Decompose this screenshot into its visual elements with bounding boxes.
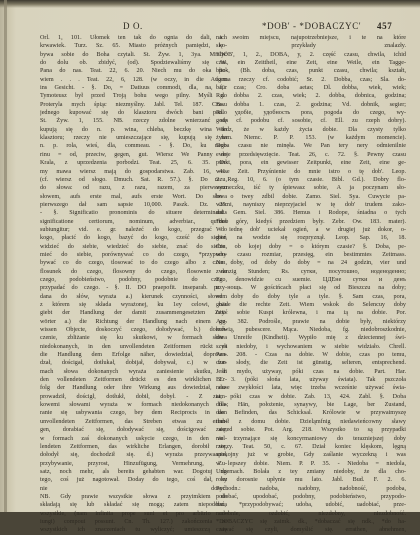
text-line: Arg. 382. Podrośle, prawie na dobie były… xyxy=(216,318,406,326)
text-line: flosunek do czego, flosowny do czego, fl… xyxy=(40,268,227,276)
text-line: ins Gesicht. - §. Do, = Datiuus commodi,… xyxy=(40,84,227,92)
text-line: dzał, dościgał, dotłukał, dobijał, dobyw… xyxy=(40,359,227,367)
text-line: żyłem. Niemc. P. P. 153. (w każdym momen… xyxy=(216,134,406,142)
text-line: Bs. dobba 1. czas, 2. godzina; Vd. dobni… xyxy=(216,101,406,109)
text-line: roby dorosnie upłynie mu lato. Jabl. Bud… xyxy=(216,476,406,484)
text-line: 2 Reg. 10, 6. (o tym czasie. Bibl. Gd.).… xyxy=(216,176,406,184)
text-line: nie trzymające się koncyrmaniowy do tera… xyxy=(216,435,406,443)
text-line: bywać co do czego, tlosować to do czego … xyxy=(40,259,227,267)
text-line: Krala, z uprzedzenia porbodzi. Teat. 25,… xyxy=(40,159,227,167)
text-line: od doby do doby tyle a tyle. §. Sam czas… xyxy=(216,293,406,301)
text-line: bo o twey zdbil dobie. Zamo. Siel. Sya. … xyxy=(216,193,406,201)
text-line: wiem . . . Teat. 22, 6, 128. (w oczy, in… xyxy=(40,76,227,84)
text-line: Rs. удобie, удобность pora, pogoda do cz… xyxy=(216,109,406,117)
text-line: lendeten Zeitformen, das wirkliche Erlan… xyxy=(40,443,227,451)
text-line: das Befinden, das Schicksal. Królowie w … xyxy=(216,409,406,417)
text-line: blick, (Bh. doba, czas, punkt czasu, chw… xyxy=(216,67,406,75)
text-line: bać, *przypodobywać; udoba, udobić, uado… xyxy=(216,501,406,509)
text-line: Proteryla mych śpiąc niezmyślny. Jabl. T… xyxy=(40,101,227,109)
text-line: krwawiek. Turz. Sz. 65. Miasto próżnych … xyxy=(40,42,227,50)
text-line: significatione certiorum, nominum, adver… xyxy=(40,218,227,226)
text-line: Tymoteusz był przed Troją bohu wego piln… xyxy=(40,92,227,100)
text-line: spokojny już w grobie, Gdy zaślanie wycz… xyxy=(216,451,406,459)
text-line: w formach zaś dokonanych uskycie czego, … xyxy=(40,435,227,443)
text-line: forma rzeczy cf. codobić; Sr. 2. Dobba, … xyxy=(216,76,406,84)
text-line: gnäde die rechte Zeit. Wiem wskok do Sel… xyxy=(216,301,406,309)
right-column: na swoim miejscu, najupotrzebniejsze, i … xyxy=(216,34,406,512)
text-line: Pochodn.: nadoba, nadobny, nadobność, po… xyxy=(216,485,406,493)
text-line: jednego kupować się do klasztoru dwóch b… xyxy=(40,109,227,117)
text-line: dal. Gem. Siel. 386. Hemus i Rodope, śni… xyxy=(216,209,406,217)
text-line: składają się lub składać się mogą; zatem… xyxy=(40,501,227,509)
text-line: bywa sobie do Boha czytali. St. Żyw. 1, … xyxy=(40,51,227,59)
text-line: wisse Zeit. Przyśnienie do mnie istro o … xyxy=(216,168,406,176)
text-line: B. 3. (póki słońa lata, używay świata). … xyxy=(216,376,406,384)
text-line: nie dosyć. xyxy=(40,485,227,493)
header-right-guidewords: *DOB' - *DOBACZYC' xyxy=(262,21,361,31)
text-line: wissen Objecte, doskoczyć czego, dołodyw… xyxy=(40,326,227,334)
text-line: pierwszego dał sam sapsie 10,000. Paszk.… xyxy=(40,201,227,209)
text-line: zwanzig Stunden; Rs. сутки, посутошно, н… xyxy=(216,268,406,276)
text-line: Pars. 208. - Czas na dobie. W dobie, cza… xyxy=(216,351,406,359)
text-line: subiungitur; vid. e. gr. należeć do kogo… xyxy=(40,226,227,234)
text-line: przybywanie, przyrost, Hinzufügung, Verm… xyxy=(40,460,227,468)
text-line: giebt der Handlung der damit zusammenges… xyxy=(40,309,227,317)
text-line: z którem się składa wyrażonej, ku 1ey ce… xyxy=(40,301,227,309)
text-line: niedokonanych, in den unvollendeten Zeit… xyxy=(40,343,227,351)
scanned-page: D O. *DOB' - *DOBACZYC' 457 Orl. 1, 101.… xyxy=(0,0,420,512)
text-line: kupują się do n. p. wina, chleba, beczkę… xyxy=(40,126,227,134)
running-header: D O. *DOB' - *DOBACZYC' 457 xyxy=(20,21,410,33)
text-line: и нощь. W gościńcach płaci się od Bieszc… xyxy=(216,284,406,292)
text-line: imbił z domu dobie. Dzieląmfnig niedawie… xyxy=(216,418,406,426)
text-line: *dob góry, kiedyś przedziem były. Zebr. … xyxy=(216,218,406,226)
text-line: unvollendeten Zeitformen, das Streben et… xyxy=(40,418,227,426)
text-line: St. Żyw. 1, 155. NB. rzeczy zdolne wnier… xyxy=(40,117,227,125)
text-line: wny czasu rozmiar, przesięg, ein bestimm… xyxy=(216,251,406,259)
header-left-guideword: D O. xyxy=(123,21,143,31)
text-line: ranie się usbywania czego, bey dem Recip… xyxy=(40,409,227,417)
text-line: do słowa: od razu, z razu, razem, za pie… xyxy=(40,184,227,192)
text-line: klasztoru; rzeczy nie umieszczające się,… xyxy=(40,134,227,142)
text-line: mieć do siebie, porównywać co do czego, … xyxy=(40,251,227,259)
text-line: Orl. 1, 101. Ułomek ten tak do ognia do … xyxy=(40,34,227,42)
text-line: przypadać do czego. - §. II. DO praepofi… xyxy=(40,284,227,292)
text-line: czas słody, die Zeit ist günstig, selter… xyxy=(216,359,406,367)
text-line: die Handlung dem Erfolge näher, dowiedzi… xyxy=(40,351,227,359)
text-line: wierni, nayniszy nieprzyjaciel w tę dob'… xyxy=(216,201,406,209)
text-line: prowadził, dościgł, dotłukł, dobił, doby… xyxy=(40,393,227,401)
text-line: użyć sobie Kuspi królewna, i ma ią na do… xyxy=(216,309,406,317)
text-line: Na doby, od doby do doby = na 24 godzin,… xyxy=(216,259,406,267)
text-line: folg der Handlung oder ihre Wirkung aus … xyxy=(40,384,227,392)
text-line: kowemi słowami wyraża w formach niedokon… xyxy=(40,401,227,409)
text-line: - §. Significatio pronominis do situere … xyxy=(40,209,227,217)
text-line: szyli niedoby, i wychowaniem w siebie wi… xyxy=(216,343,406,351)
text-line: die Unreife (Kindheit). Wypiło mię z dzi… xyxy=(216,334,406,342)
text-line: Pana do nas. Teat. 22, 6. 20. Niech mu d… xyxy=(40,67,227,75)
text-line: mówią, pubescere. Mąca. Niedoba, fg. nie… xyxy=(216,326,406,334)
text-line: w lepszey dobie. Niem. P. P. 35. - Niedo… xyxy=(216,460,406,468)
text-line: rzeczy. Teat. 50, c. 67. Dział koniec kl… xyxy=(216,443,406,451)
text-line: zaszed sobie. Pot. Arg. 218. Wszystko to… xyxy=(216,426,406,434)
text-line: W iednę dob' uciekał ogień, a w drugiej … xyxy=(216,226,406,234)
text-line: widzieć do siebie, wiedzieć do siebie, z… xyxy=(40,243,227,251)
text-line: gień na wodzie się rozpryznął. Leop. Sap… xyxy=(216,234,406,242)
text-line: goda cf. podobu cf. sosobie, cf. Ell. zu… xyxy=(216,117,406,125)
text-line: na swoim miejscu, najupotrzebniejsze, i … xyxy=(216,34,406,42)
text-line: nasze zwykłości lata, więc trzeba wcześn… xyxy=(216,384,406,392)
text-line: rinu = od, przeciw, gegen, gut. Wiersz W… xyxy=(40,151,227,159)
text-line: kogo, płacić do kogo, bazyć do kogo, cze… xyxy=(40,234,227,242)
text-line: (cf. wiersz od słogo. Dmuch. Sat. R. 57.… xyxy=(40,176,227,184)
text-line: tego, coś już nagotował. Doday do tego, … xyxy=(40,476,227,484)
text-line: podobać, upodobać, podobny, podobieństwo… xyxy=(216,493,406,501)
text-line: dołodył się, dochodził się. d.) wyraża p… xyxy=(40,451,227,459)
text-line: n. p. rola, wieś, dla, commeau. - §. Do,… xyxy=(40,142,227,150)
text-line: den vollendeten Zeitformen drückt es den… xyxy=(40,376,227,384)
text-line: my mawa wiersz mają do gospodarstwa. Zab… xyxy=(40,168,227,176)
text-line: słowem, aufs erste mal, aufs erste Wort.… xyxy=(40,193,227,201)
text-line: dola; Hän, położenie, synaywy, bie Lage,… xyxy=(216,401,406,409)
text-line: czas, ein Zeittheil, eine Zeit, eine Wei… xyxy=(216,59,406,67)
text-line: mach słowa dokonanych wyraża zaniesienie… xyxy=(40,368,227,376)
text-line: *DOB', 1, 2., DOBA, y, 2. część czasu, c… xyxy=(216,51,406,59)
text-line: Doba czasu nie minęła. We Pan tery nery … xyxy=(216,142,406,150)
text-line: Ungemach. Bolała z tey zmiany niedoby, ż… xyxy=(216,468,406,476)
text-line: Wiedz, że w każdy życia dobie. Dla czyst… xyxy=(216,126,406,134)
text-line: Ec. denowidzie cu suemie. ЦДЕне сутки и … xyxy=(216,276,406,284)
text-line: Rg. dobba 2. czas, wiek; 2. dobba, dobni… xyxy=(216,92,406,100)
text-line: ewoje przedsięwzięcie. Teat. 26, c. 72. … xyxy=(216,151,406,159)
text-line: Jeśli mydo, używay, póki czas na dobie. … xyxy=(216,368,406,376)
text-line: czego, podobieństwo, podobny, podobnie d… xyxy=(40,276,227,284)
text-line: wezneczku, iść ty śpiewasz sobie, A ja p… xyxy=(216,184,406,192)
text-line: wörter a.) die Richtung der Handlung nac… xyxy=(40,318,227,326)
text-line: satz, noch mehr, als bereits gehabten wa… xyxy=(40,468,227,476)
text-line: się przykłady znalazły. xyxy=(216,42,406,50)
text-line: dana do słów, wyraża a.) kierunek czynno… xyxy=(40,293,227,301)
text-line: gen, dorabiać się, dołodywać się, dościg… xyxy=(40,426,227,434)
text-line: do dolu ob. zbidyć, (od). Spodziewaliśmy… xyxy=(40,59,227,67)
text-line: NB. Gdy prawie wszystkie słowa z przyimk… xyxy=(40,493,227,501)
text-line: punkt, pora, ein gewisser Zeitpunkt, ein… xyxy=(216,159,406,167)
text-line: czenie, zbliżanie się ku skutkowi, w for… xyxy=(40,334,227,342)
text-line: ta, póki czas w dobie. Zab. 13, 424. Zab… xyxy=(216,393,406,401)
binding-gutter xyxy=(4,0,7,512)
top-edge-shadow xyxy=(0,0,420,8)
text-line: ba, czas; Cro. doba aetas; Dl. dobba, wi… xyxy=(216,84,406,92)
left-column: Orl. 1, 101. Ułomek ten tak do ognia do … xyxy=(40,34,227,512)
text-line: Cro. ob kojej doby = o którym czasie? §.… xyxy=(216,243,406,251)
page-number: 457 xyxy=(377,21,392,31)
